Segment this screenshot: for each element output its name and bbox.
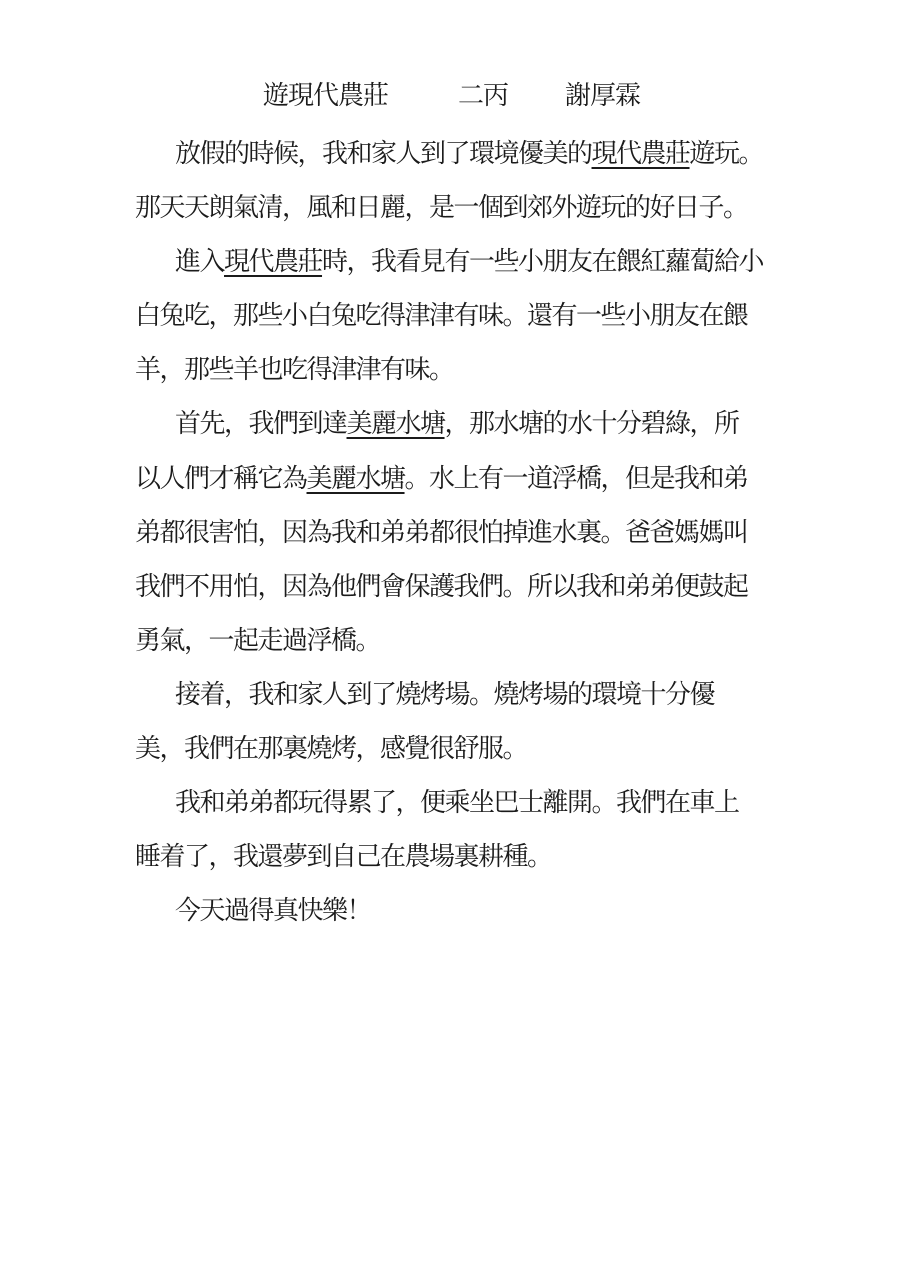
- text-segment: 我們不用怕，因為他們會保護我們。所以我和弟弟便鼓起: [135, 571, 748, 601]
- essay-line: 白兔吃，那些小白兔吃得津津有味。還有一些小朋友在餵: [135, 288, 800, 342]
- essay-line: 弟都很害怕，因為我和弟弟都很怕掉進水裏。爸爸媽媽叫: [135, 505, 800, 559]
- essay-line: 羊，那些羊也吃得津津有味。: [135, 342, 800, 396]
- essay-line: 放假的時候，我和家人到了環境優美的現代農莊遊玩。: [135, 126, 800, 180]
- text-segment: 今天過得真快樂！: [175, 895, 371, 925]
- essay-line: 我和弟弟都玩得累了，便乘坐巴士離開。我們在車上: [135, 775, 800, 829]
- text-segment: 白兔吃，那些小白兔吃得津津有味。還有一些小朋友在餵: [135, 300, 748, 330]
- text-segment: 以人們才稱它為: [135, 463, 307, 493]
- document-page: 遊現代農莊二丙謝厚霖 放假的時候，我和家人到了環境優美的現代農莊遊玩。那天天朗氣…: [0, 0, 905, 1280]
- author-name: 謝厚霖: [565, 80, 640, 110]
- text-segment: 羊，那些羊也吃得津津有味。: [135, 354, 454, 384]
- essay-line: 睡着了，我還夢到自己在農場裏耕種。: [135, 829, 800, 883]
- text-segment: 放假的時候，我和家人到了環境優美的: [175, 138, 592, 168]
- text-segment: 那天天朗氣清，風和日麗，是一個到郊外遊玩的好日子。: [135, 192, 748, 222]
- text-segment: 接着，我和家人到了燒烤場。燒烤場的環境十分優: [175, 679, 714, 709]
- text-segment: 進入: [175, 246, 224, 276]
- underlined-term: 美麗水塘: [307, 463, 405, 493]
- class-name: 二丙: [458, 80, 508, 110]
- text-segment: 美，我們在那裏燒烤，感覺很舒服。: [135, 733, 527, 763]
- essay-line: 今天過得真快樂！: [135, 883, 800, 937]
- essay-title: 遊現代農莊: [263, 80, 388, 110]
- text-segment: 首先，我們到達: [175, 408, 347, 438]
- text-segment: 我和弟弟都玩得累了，便乘坐巴士離開。我們在車上: [175, 787, 739, 817]
- underlined-term: 美麗水塘: [347, 408, 445, 438]
- text-segment: 睡着了，我還夢到自己在農場裏耕種。: [135, 841, 552, 871]
- essay-header: 遊現代農莊二丙謝厚霖: [263, 80, 640, 110]
- essay-line: 美，我們在那裏燒烤，感覺很舒服。: [135, 721, 800, 775]
- text-segment: ，那水塘的水十分碧綠，所: [445, 408, 739, 438]
- essay-line: 那天天朗氣清，風和日麗，是一個到郊外遊玩的好日子。: [135, 180, 800, 234]
- essay-line: 以人們才稱它為美麗水塘。水上有一道浮橋，但是我和弟: [135, 451, 800, 505]
- essay-line: 首先，我們到達美麗水塘，那水塘的水十分碧綠，所: [135, 396, 800, 450]
- essay-line: 我們不用怕，因為他們會保護我們。所以我和弟弟便鼓起: [135, 559, 800, 613]
- essay-line: 進入現代農莊時，我看見有一些小朋友在餵紅蘿蔔給小: [135, 234, 800, 288]
- text-segment: 時，我看見有一些小朋友在餵紅蘿蔔給小: [322, 246, 763, 276]
- essay-line: 接着，我和家人到了燒烤場。燒烤場的環境十分優: [135, 667, 800, 721]
- essay-body: 放假的時候，我和家人到了環境優美的現代農莊遊玩。那天天朗氣清，風和日麗，是一個到…: [135, 126, 800, 937]
- essay-line: 勇氣，一起走過浮橋。: [135, 613, 800, 667]
- underlined-term: 現代農莊: [592, 138, 690, 168]
- text-segment: 遊玩。: [690, 138, 764, 168]
- text-segment: 弟都很害怕，因為我和弟弟都很怕掉進水裏。爸爸媽媽叫: [135, 517, 748, 547]
- underlined-term: 現代農莊: [224, 246, 322, 276]
- text-segment: 勇氣，一起走過浮橋。: [135, 625, 380, 655]
- text-segment: 。水上有一道浮橋，但是我和弟: [405, 463, 748, 493]
